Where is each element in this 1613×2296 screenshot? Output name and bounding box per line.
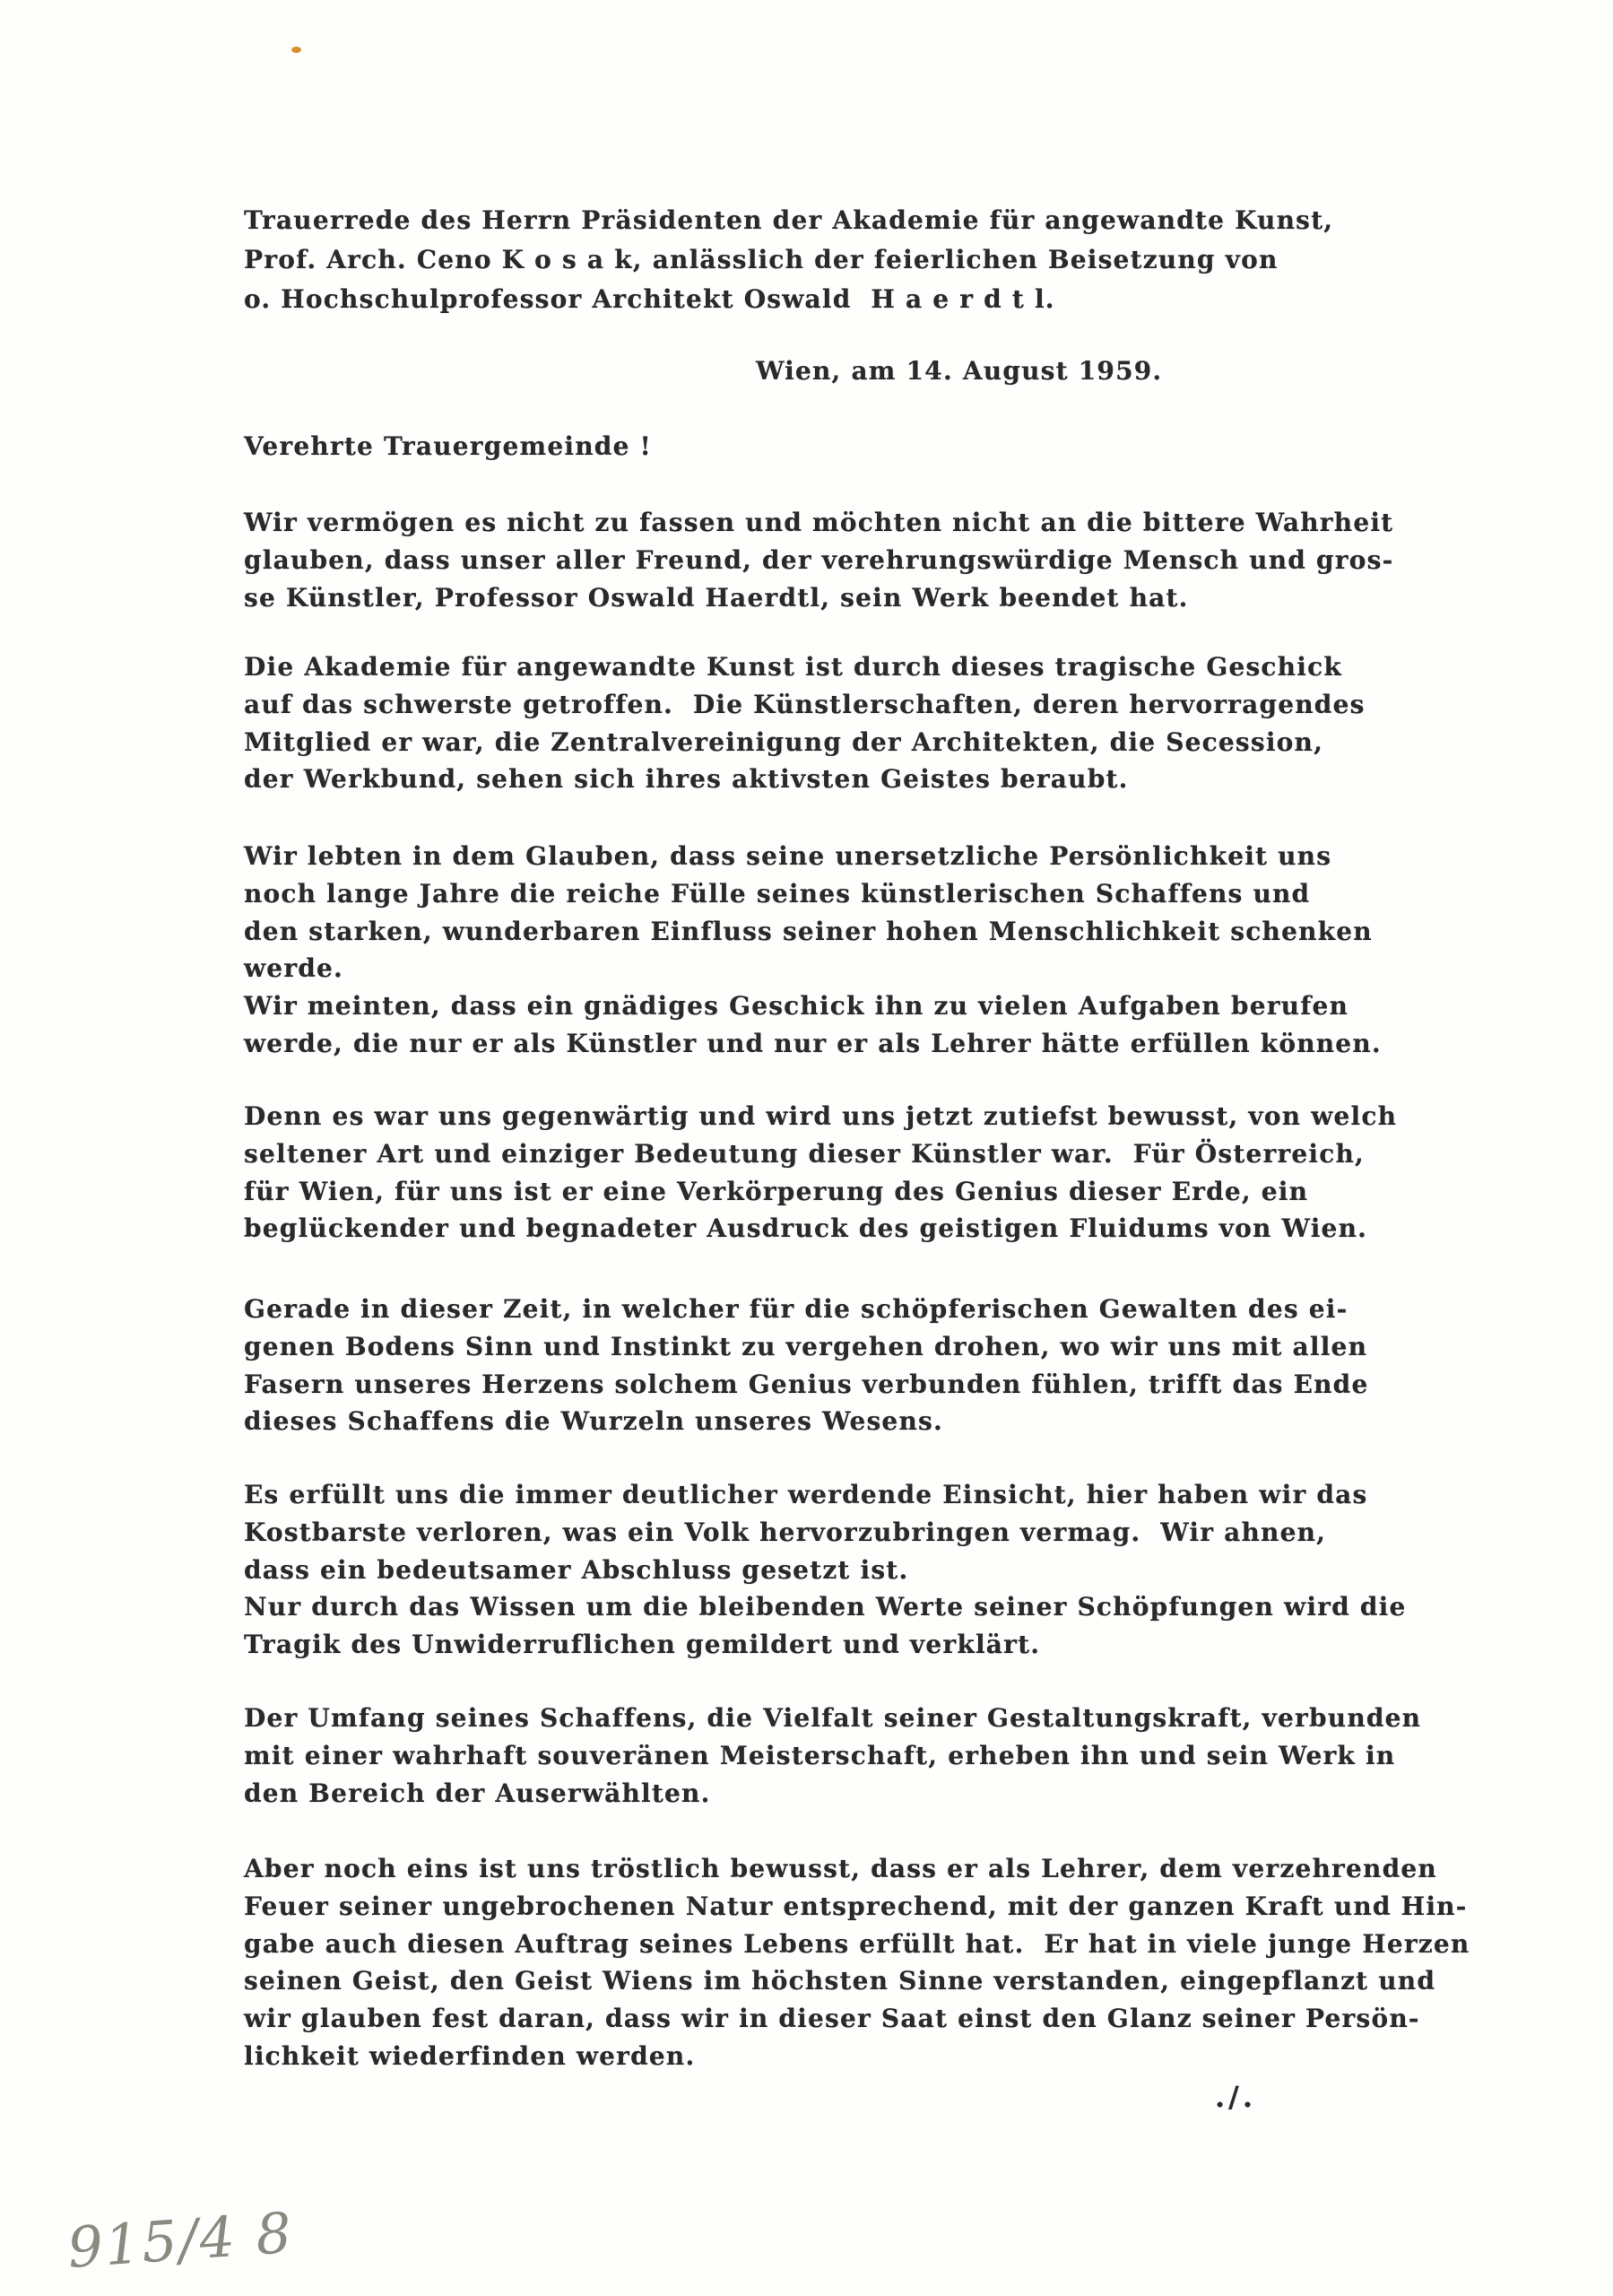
paragraph-3-line: Wir meinten, dass ein gnädiges Geschick …	[244, 994, 1349, 1019]
paragraph-5-line: Fasern unseres Herzens solchem Genius ve…	[244, 1372, 1368, 1397]
salutation: Verehrte Trauergemeinde !	[244, 434, 652, 459]
paragraph-7-line: den Bereich der Auserwählten.	[244, 1781, 711, 1806]
paragraph-1-line: glauben, dass unser aller Freund, der ve…	[244, 548, 1393, 573]
continuation-mark: ./.	[1215, 2083, 1256, 2111]
handwritten-archive-note: 915/4 8	[65, 2200, 295, 2281]
paragraph-6-line: Nur durch das Wissen um die bleibenden W…	[244, 1595, 1406, 1620]
paper-stain	[291, 47, 301, 53]
paragraph-8-line: Aber noch eins ist uns tröstlich bewusst…	[244, 1857, 1437, 1882]
paragraph-8-line: seinen Geist, den Geist Wiens im höchste…	[244, 1969, 1435, 1994]
paragraph-7-line: Der Umfang seines Schaffens, die Vielfal…	[244, 1706, 1421, 1731]
paragraph-4-line: beglückender und begnadeter Ausdruck des…	[244, 1216, 1367, 1241]
paragraph-3-line: werde.	[244, 956, 343, 981]
paragraph-3-line: noch lange Jahre die reiche Fülle seines…	[244, 882, 1310, 907]
paragraph-3-line: werde, die nur er als Künstler und nur e…	[244, 1031, 1382, 1057]
paragraph-2-line: Die Akademie für angewandte Kunst ist du…	[244, 655, 1342, 680]
paragraph-1-line: Wir vermögen es nicht zu fassen und möch…	[244, 510, 1393, 535]
paragraph-8-line: gabe auch diesen Auftrag seines Lebens e…	[244, 1932, 1470, 1957]
paragraph-5-line: genen Bodens Sinn und Instinkt zu vergeh…	[244, 1335, 1367, 1360]
document-page: Trauerrede des Herrn Präsidenten der Aka…	[0, 0, 1613, 2296]
paragraph-1-line: se Künstler, Professor Oswald Haerdtl, s…	[244, 586, 1189, 611]
paragraph-8-line: wir glauben fest daran, dass wir in dies…	[244, 2006, 1420, 2031]
paragraph-2-line: Mitglied er war, die Zentralvereinigung …	[244, 730, 1323, 755]
paragraph-5-line: dieses Schaffens die Wurzeln unseres Wes…	[244, 1409, 943, 1434]
header-line: o. Hochschulprofessor Architekt Oswald H…	[244, 287, 1055, 312]
paragraph-3-line: Wir lebten in dem Glauben, dass seine un…	[244, 844, 1331, 869]
date-line: Wien, am 14. August 1959.	[756, 359, 1162, 384]
paragraph-2-line: auf das schwerste getroffen. Die Künstle…	[244, 692, 1366, 717]
paragraph-2-line: der Werkbund, sehen sich ihres aktivsten…	[244, 767, 1129, 792]
header-line: Trauerrede des Herrn Präsidenten der Aka…	[244, 208, 1333, 233]
paragraph-3-line: den starken, wunderbaren Einfluss seiner…	[244, 919, 1373, 944]
paragraph-6-line: dass ein bedeutsamer Abschluss gesetzt i…	[244, 1558, 908, 1583]
paragraph-4-line: für Wien, für uns ist er eine Verkörperu…	[244, 1179, 1308, 1205]
paragraph-8-line: Feuer seiner ungebrochenen Natur entspre…	[244, 1894, 1468, 1919]
paragraph-6-line: Tragik des Unwiderruflichen gemildert un…	[244, 1632, 1040, 1657]
paragraph-5-line: Gerade in dieser Zeit, in welcher für di…	[244, 1297, 1348, 1322]
paragraph-7-line: mit einer wahrhaft souveränen Meistersch…	[244, 1744, 1395, 1769]
paragraph-6-line: Kostbarste verloren, was ein Volk hervor…	[244, 1520, 1326, 1545]
paragraph-4-line: seltener Art und einziger Bedeutung dies…	[244, 1142, 1365, 1167]
paragraph-6-line: Es erfüllt uns die immer deutlicher werd…	[244, 1483, 1367, 1508]
paragraph-8-line: lichkeit wiederfinden werden.	[244, 2044, 695, 2069]
paragraph-4-line: Denn es war uns gegenwärtig und wird uns…	[244, 1104, 1397, 1129]
header-line: Prof. Arch. Ceno K o s a k, anlässlich d…	[244, 248, 1279, 273]
